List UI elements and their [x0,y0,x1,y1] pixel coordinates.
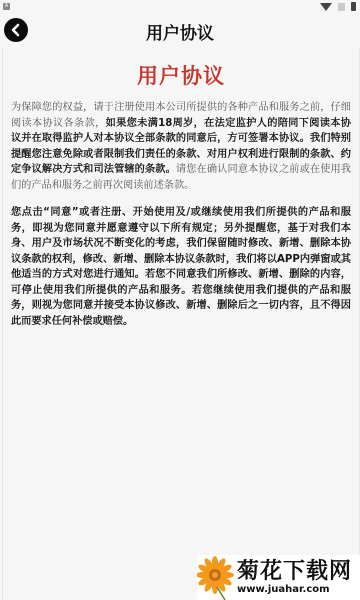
document-title: 用户协议 [3,60,359,90]
watermark-name: 菊花下载网 [237,560,352,584]
wifi-icon [320,3,332,11]
agreement-content[interactable]: 用户协议 为保障您的权益，请于注册使用本公司所提供的各种产品和服务之前，仔细阅读… [2,48,360,600]
battery-icon [351,2,356,11]
status-bar: A [0,0,360,16]
agreement-paragraph-1: 为保障您的权益，请于注册使用本公司所提供的各种产品和服务之前，仔细阅读本协议各条… [3,100,359,193]
watermark-text: 菊花下载网 www.juahar.com [237,560,352,596]
flower-icon [197,555,235,600]
watermark-url: www.juahar.com [237,584,352,596]
watermark-logo: 菊花下载网 www.juahar.com [197,555,360,600]
status-icons [320,2,356,11]
app-header: 用户协议 [0,16,360,44]
no-sim-icon [338,3,345,11]
notification-a-icon: A [3,3,10,10]
page-title: 用户协议 [0,19,360,44]
agreement-paragraph-2: 您点击“同意”或者注册、开始使用及/或继续使用我们所提供的产品和服务，即视为您同… [3,205,359,329]
stray-dot [25,288,27,290]
